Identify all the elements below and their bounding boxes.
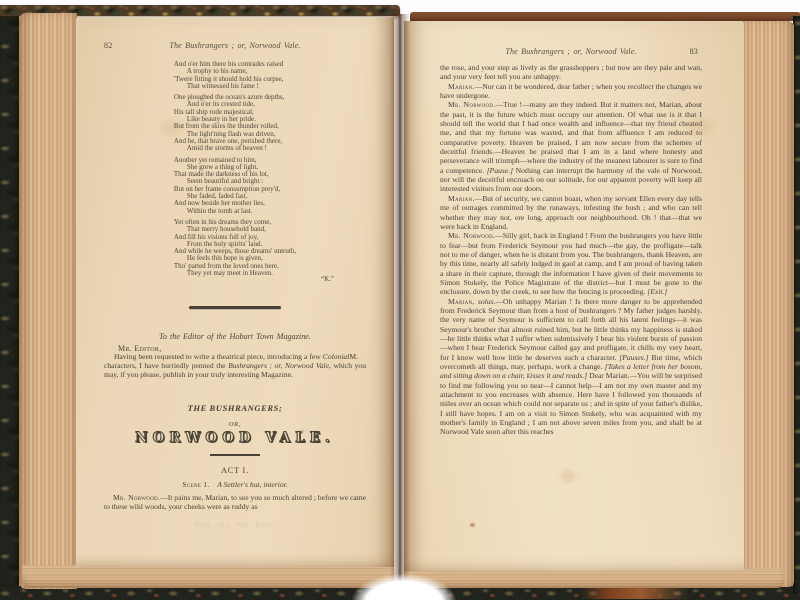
foxing-stain — [688, 118, 714, 136]
book-gutter — [390, 14, 410, 588]
poem-stanza: Another yet remained to him,She grew a t… — [174, 157, 296, 215]
title-rule — [210, 454, 260, 456]
ink-stain — [300, 430, 304, 433]
page-number-left: 82 — [104, 41, 112, 50]
cover-gap-notch — [352, 574, 456, 600]
play-title-line: THE BUSHRANGERS; — [104, 403, 366, 413]
right-page: The Bushrangers ; or, Norwood Vale. 83 t… — [404, 21, 744, 571]
act-heading: ACT I. — [104, 466, 366, 475]
page-edges-bottom-right — [404, 569, 784, 588]
running-header-right: The Bushrangers ; or, Norwood Vale. 83 — [440, 47, 702, 56]
foxing-stain — [160, 120, 182, 136]
poem-stanza: Yet often in his dreams they come,That m… — [174, 219, 296, 277]
left-page: 82 The Bushrangers ; or, Norwood Vale. A… — [76, 17, 394, 567]
dialogue-paragraph: Marian.—But of security, we cannot boast… — [440, 194, 702, 231]
scene-heading: Scene 1. A Settler's hut, interior. — [104, 480, 366, 489]
opening-dialogue: Mr. Norwood.—It pains me, Marian, to see… — [104, 493, 366, 511]
running-header-left: 82 The Bushrangers ; or, Norwood Vale. — [104, 41, 366, 50]
page-edges-bottom-left — [22, 565, 394, 588]
page-edges-left — [19, 13, 77, 589]
dialogue-paragraph: Marian, solus.—Oh unhappy Marian ! Is th… — [440, 297, 702, 437]
poem-stanza: And o'er him there his comrades raisedA … — [174, 61, 296, 90]
show-through-footer: VOL. III. NO. XIII. — [104, 522, 366, 529]
section-divider-rule — [189, 306, 281, 309]
running-header-title: The Bushrangers ; or, Norwood Vale. — [169, 41, 300, 50]
dialogue-paragraph: the rose, and your step as lively as the… — [440, 63, 702, 82]
play-dialogue-text: the rose, and your step as lively as the… — [440, 63, 702, 437]
running-header-title: The Bushrangers ; or, Norwood Vale. — [505, 47, 636, 56]
letter-heading: To the Editor of the Hobart Town Magazin… — [104, 332, 366, 341]
open-book-photo: 82 The Bushrangers ; or, Norwood Vale. A… — [0, 0, 800, 600]
foxing-stain — [560, 470, 576, 482]
cover-top-edge — [410, 12, 800, 21]
poem-stanza: One ploughed the ocean's azure depths,An… — [174, 94, 296, 152]
poem: And o'er him there his comrades raisedA … — [174, 61, 296, 281]
cover-spine-leather — [580, 587, 690, 599]
page-number-right: 83 — [690, 47, 698, 56]
letter-body-text: Having been requested to write a theatri… — [104, 352, 366, 379]
dialogue-paragraph: Mr. Norwood.—True !—many are they indeed… — [440, 100, 702, 193]
page-edges-right — [742, 21, 794, 587]
play-main-title: NORWOOD VALE. — [104, 430, 366, 446]
marbled-cover-right — [793, 16, 800, 594]
dialogue-paragraph: Mr. Norwood.—Silly girl, back in England… — [440, 231, 702, 296]
marbled-cover-left — [0, 5, 19, 600]
ink-stain — [470, 523, 475, 527]
right-page-text-column: The Bushrangers ; or, Norwood Vale. 83 t… — [440, 21, 702, 571]
play-title-or: OR, — [104, 421, 366, 428]
left-page-text-column: 82 The Bushrangers ; or, Norwood Vale. A… — [104, 17, 366, 567]
letter-body: M.Having been requested to write a theat… — [104, 353, 366, 379]
dialogue-paragraph: Marian.—Nor can it be wondered, dear fat… — [440, 82, 702, 101]
poem-signature: “K.” — [321, 275, 334, 283]
